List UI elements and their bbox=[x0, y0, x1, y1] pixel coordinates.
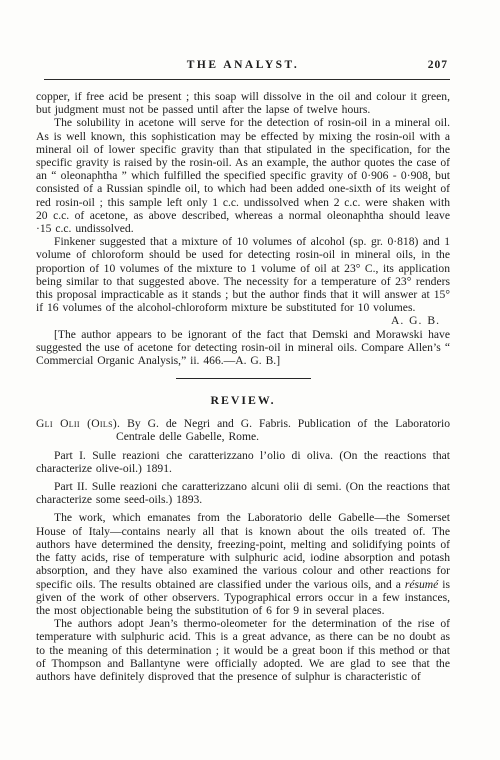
review-body-paragraph: The work, which emanates from the Labora… bbox=[36, 511, 450, 617]
page-content: copper, if free acid be present ; this s… bbox=[36, 90, 450, 683]
editor-note: [The author appears to be ignorant of th… bbox=[36, 328, 450, 368]
review-title: Gli Olii (Oils). By G. de Negri and G. F… bbox=[36, 417, 450, 443]
page-header: THE ANALYST. 207 bbox=[36, 58, 450, 72]
review-title-rest: By G. de Negri and G. Fabris. Publicatio… bbox=[116, 417, 450, 443]
page-number: 207 bbox=[428, 58, 448, 72]
review-closing-paragraph: The authors adopt Jean’s thermo-oleomete… bbox=[36, 617, 450, 683]
journal-page: THE ANALYST. 207 copper, if free acid be… bbox=[0, 0, 500, 760]
header-rule bbox=[44, 79, 450, 80]
review-body-text-1: The work, which emanates from the Labora… bbox=[36, 511, 450, 590]
review-part2: Part II. Sulle reazioni che caratterizza… bbox=[36, 480, 450, 506]
paragraph-continuation: copper, if free acid be present ; this s… bbox=[36, 90, 450, 116]
author-initials: A. G. B. bbox=[36, 314, 450, 327]
review-title-smallcaps: Gli Olii (Oils). bbox=[36, 417, 120, 430]
review-part1: Part I. Sulle reazioni che caratterizzan… bbox=[36, 449, 450, 475]
resume-italic-word: résumé bbox=[405, 578, 439, 591]
journal-title: THE ANALYST. bbox=[187, 59, 299, 71]
paragraph-finkener: Finkener suggested that a mixture of 10 … bbox=[36, 235, 450, 314]
paragraph-solubility: The solubility in acetone will serve for… bbox=[36, 116, 450, 235]
section-divider bbox=[176, 378, 311, 379]
review-heading: REVIEW. bbox=[36, 393, 450, 407]
